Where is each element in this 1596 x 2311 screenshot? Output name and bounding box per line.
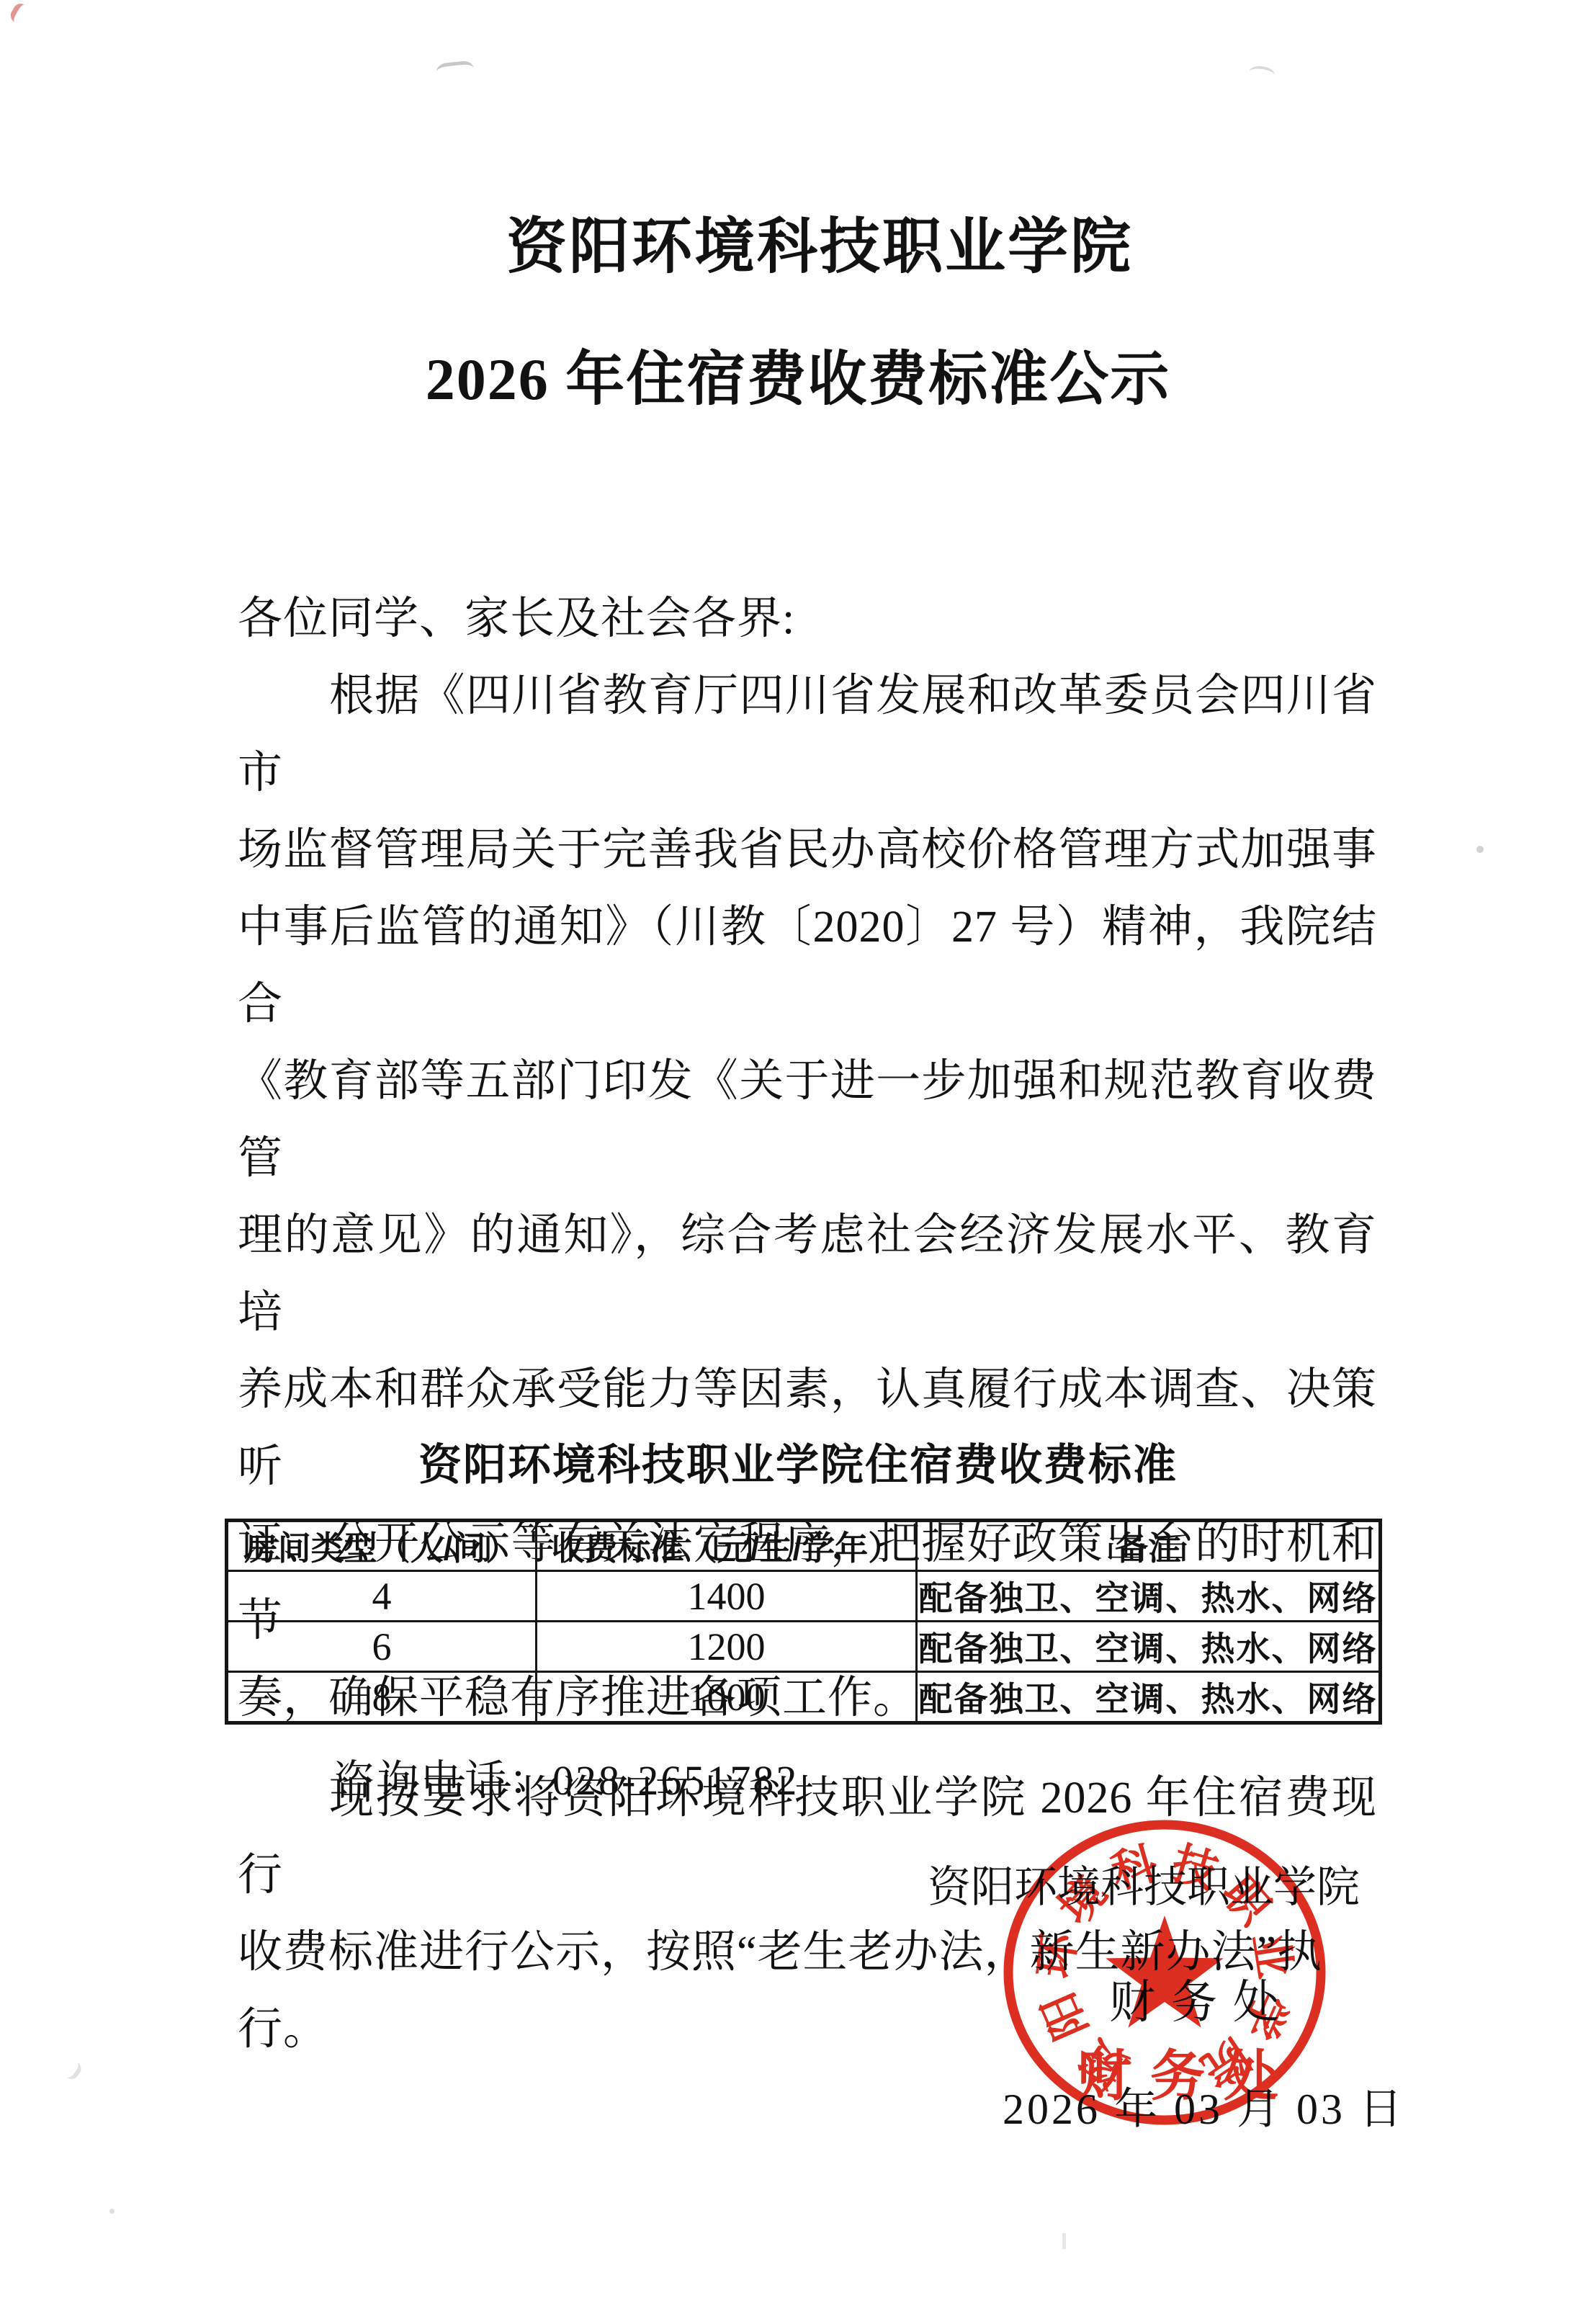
table-row: 8 1000 配备独卫、空调、热水、网络 [227, 1672, 1381, 1723]
fee-table: 房间类型（人/间）收费标准（元/生/学年）备注 4 1400 配备独卫、空调、热… [225, 1519, 1382, 1725]
seal-ring-char: 环 [1029, 1928, 1085, 1982]
body-line: 场监督管理局关于完善我省民办高校价格管理方式加强事 [238, 812, 1377, 889]
remark-cell: 配备独卫、空调、热水、网络 [917, 1571, 1381, 1622]
scan-artifact [1062, 2233, 1066, 2249]
seal-ring-char: 学 [1232, 1985, 1296, 2046]
document-page: 资阳环境科技职业学院 2026 年住宿费收费标准公示 各位同学、家长及社会各界:… [0, 0, 1596, 2311]
official-seal: 资阳环境科技职业学院 财务处 [1001, 1814, 1329, 2135]
fee-table-header-cell: 收费标准（元/生/学年） [537, 1521, 917, 1571]
body-line: 中事后监管的通知》（川教〔2020〕27 号）精神，我院结合 [238, 889, 1377, 1043]
fee-table-header-cell: 备注 [917, 1521, 1381, 1571]
scan-artifact [8, 1, 35, 28]
remark-cell: 配备独卫、空调、热水、网络 [917, 1622, 1381, 1672]
doc-title-line2: 2026 年住宿费收费标准公示 [0, 350, 1596, 409]
room-type-cell: 6 [227, 1622, 537, 1672]
fee-standard-cell: 1000 [537, 1672, 917, 1723]
salutation: 各位同学、家长及社会各界: [238, 581, 1377, 658]
seal-ring-char: 科 [1106, 1838, 1163, 1899]
seal-department-text: 财务处 [1077, 2046, 1297, 2107]
fee-standard-cell: 1200 [537, 1622, 917, 1672]
fee-standard-cell: 1400 [537, 1571, 917, 1622]
doc-title-line1: 资阳环境科技职业学院 [0, 218, 1596, 278]
table-row: 6 1200 配备独卫、空调、热水、网络 [227, 1622, 1381, 1672]
body-line: 《教育部等五部门印发《关于进一步加强和规范教育收费管 [238, 1043, 1377, 1197]
seal-ring-char: 技 [1167, 1838, 1224, 1899]
fee-table-header-cell: 房间类型（人/间） [227, 1521, 537, 1571]
scan-artifact [109, 2209, 115, 2214]
scan-artifact [55, 2055, 84, 2083]
seal-ring-char: 职 [1213, 1868, 1281, 1936]
body-line: 根据《四川省教育厅四川省发展和改革委员会四川省市 [238, 658, 1377, 812]
remark-cell: 配备独卫、空调、热水、网络 [917, 1672, 1381, 1723]
fee-table-title: 资阳环境科技职业学院住宿费收费标准 [0, 1444, 1596, 1487]
scan-artifact [1248, 65, 1276, 83]
seal-ring-char: 阳 [1034, 1985, 1097, 2046]
seal-star-icon [1106, 1916, 1224, 2028]
scan-artifact [1476, 846, 1484, 853]
seal-ring-char: 境 [1050, 1868, 1117, 1934]
room-type-cell: 4 [227, 1571, 537, 1622]
scan-artifact [436, 60, 475, 80]
table-row: 4 1400 配备独卫、空调、热水、网络 [227, 1571, 1381, 1622]
room-type-cell: 8 [227, 1672, 537, 1723]
fee-table-header-row: 房间类型（人/间）收费标准（元/生/学年）备注 [227, 1521, 1381, 1571]
body-line: 理的意见》的通知》，综合考虑社会经济发展水平、教育培 [238, 1197, 1377, 1351]
contact-phone: 咨询电话：028-2651782 [333, 1746, 799, 1807]
seal-ring-char: 业 [1244, 1930, 1300, 1982]
fee-table-body: 4 1400 配备独卫、空调、热水、网络 6 1200 配备独卫、空调、热水、网… [227, 1571, 1381, 1723]
